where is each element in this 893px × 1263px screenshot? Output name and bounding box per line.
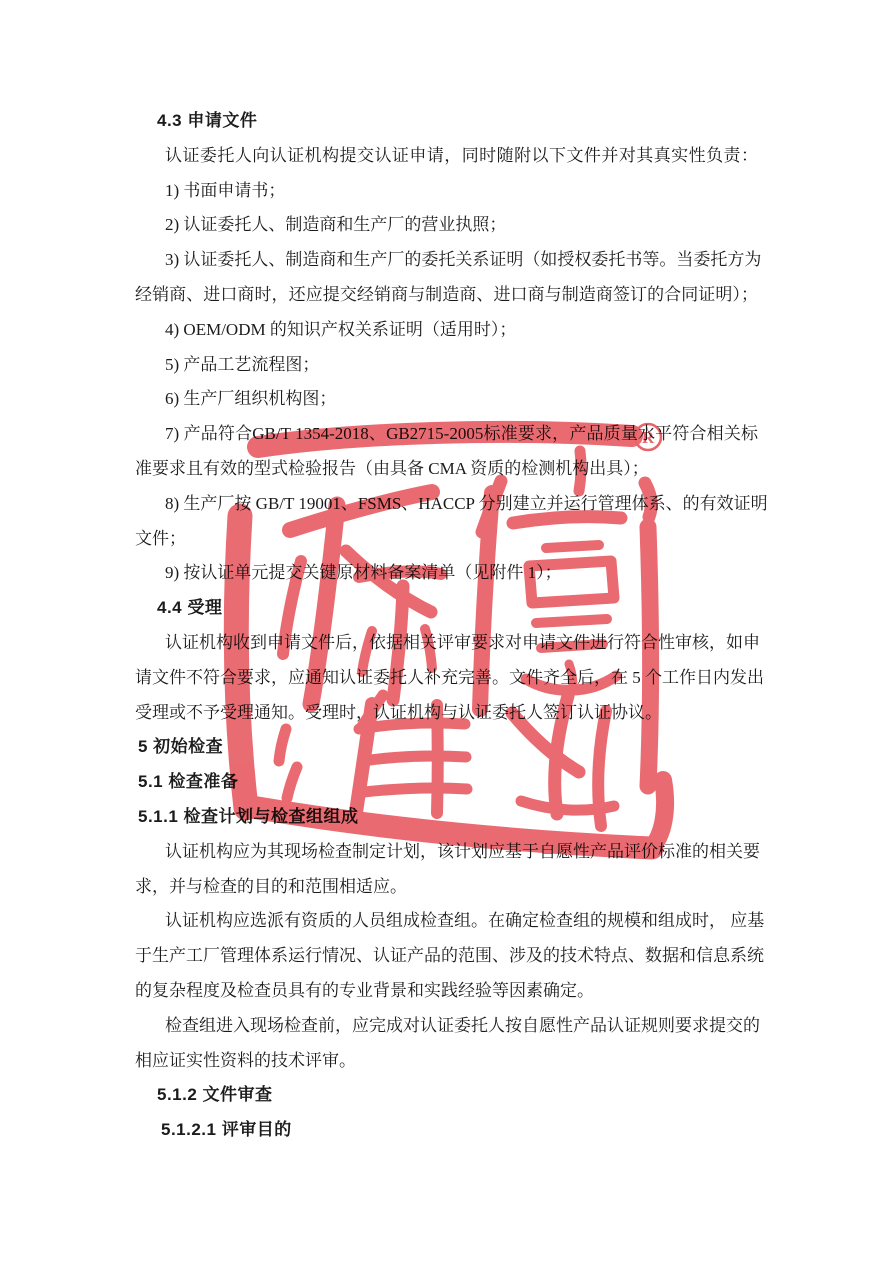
body-line: 准要求且有效的型式检验报告（由具备 CMA 资质的检测机构出具）；: [135, 452, 758, 487]
body-line: 认证机构应选派有资质的人员组成检查组。在确定检查组的规模和组成时， 应基: [135, 904, 758, 939]
section-heading: 5.1.2.1 评审目的: [135, 1113, 758, 1148]
list-item: 7) 产品符合GB/T 1354-2018、GB2715-2005标准要求，产品…: [135, 417, 758, 452]
body-line: 认证机构收到申请文件后，依据相关评审要求对申请文件进行符合性审核，如申: [135, 626, 758, 661]
section-heading: 5 初始检查: [135, 730, 758, 765]
body-line: 的复杂程度及检查员具有的专业背景和实践经验等因素确定。: [135, 974, 758, 1009]
document-page: 4.3 申请文件 认证委托人向认证机构提交认证申请，同时随附以下文件并对其真实性…: [0, 0, 893, 1263]
list-item: 3) 认证委托人、制造商和生产厂的委托关系证明（如授权委托书等。当委托方为: [135, 243, 758, 278]
section-heading: 5.1 检查准备: [135, 765, 758, 800]
section-heading: 4.4 受理: [135, 591, 758, 626]
body-line: 文件；: [135, 522, 758, 557]
section-heading: 4.3 申请文件: [135, 104, 758, 139]
list-item: 9) 按认证单元提交关键原材料备案清单（见附件 1）；: [135, 556, 758, 591]
body-line: 经销商、进口商时，还应提交经销商与制造商、进口商与制造商签订的合同证明）；: [135, 278, 758, 313]
list-item: 8) 生产厂按 GB/T 19001、FSMS、HACCP 分别建立并运行管理体…: [135, 487, 758, 522]
body-line: 求，并与检查的目的和范围相适应。: [135, 870, 758, 905]
body-line: 请文件不符合要求，应通知认证委托人补充完善。文件齐全后，在 5 个工作日内发出: [135, 661, 758, 696]
list-item: 2) 认证委托人、制造商和生产厂的营业执照；: [135, 208, 758, 243]
list-item: 1) 书面申请书；: [135, 174, 758, 209]
body-line: 相应证实性资料的技术评审。: [135, 1044, 758, 1079]
body-line: 认证机构应为其现场检查制定计划，该计划应基于自愿性产品评价标准的相关要: [135, 835, 758, 870]
list-item: 4) OEM/ODM 的知识产权关系证明（适用时）；: [135, 313, 758, 348]
list-item: 6) 生产厂组织机构图；: [135, 382, 758, 417]
section-heading: 5.1.2 文件审查: [135, 1078, 758, 1113]
list-item: 5) 产品工艺流程图；: [135, 348, 758, 383]
body-line: 检查组进入现场检查前，应完成对认证委托人按自愿性产品认证规则要求提交的: [135, 1009, 758, 1044]
body-line: 受理或不予受理通知。受理时，认证机构与认证委托人签订认证协议。: [135, 696, 758, 731]
document-body: 4.3 申请文件 认证委托人向认证机构提交认证申请，同时随附以下文件并对其真实性…: [135, 104, 758, 1148]
body-line: 于生产工厂管理体系运行情况、认证产品的范围、涉及的技术特点、数据和信息系统: [135, 939, 758, 974]
body-line: 认证委托人向认证机构提交认证申请，同时随附以下文件并对其真实性负责：: [135, 139, 758, 174]
section-heading: 5.1.1 检查计划与检查组组成: [135, 800, 758, 835]
